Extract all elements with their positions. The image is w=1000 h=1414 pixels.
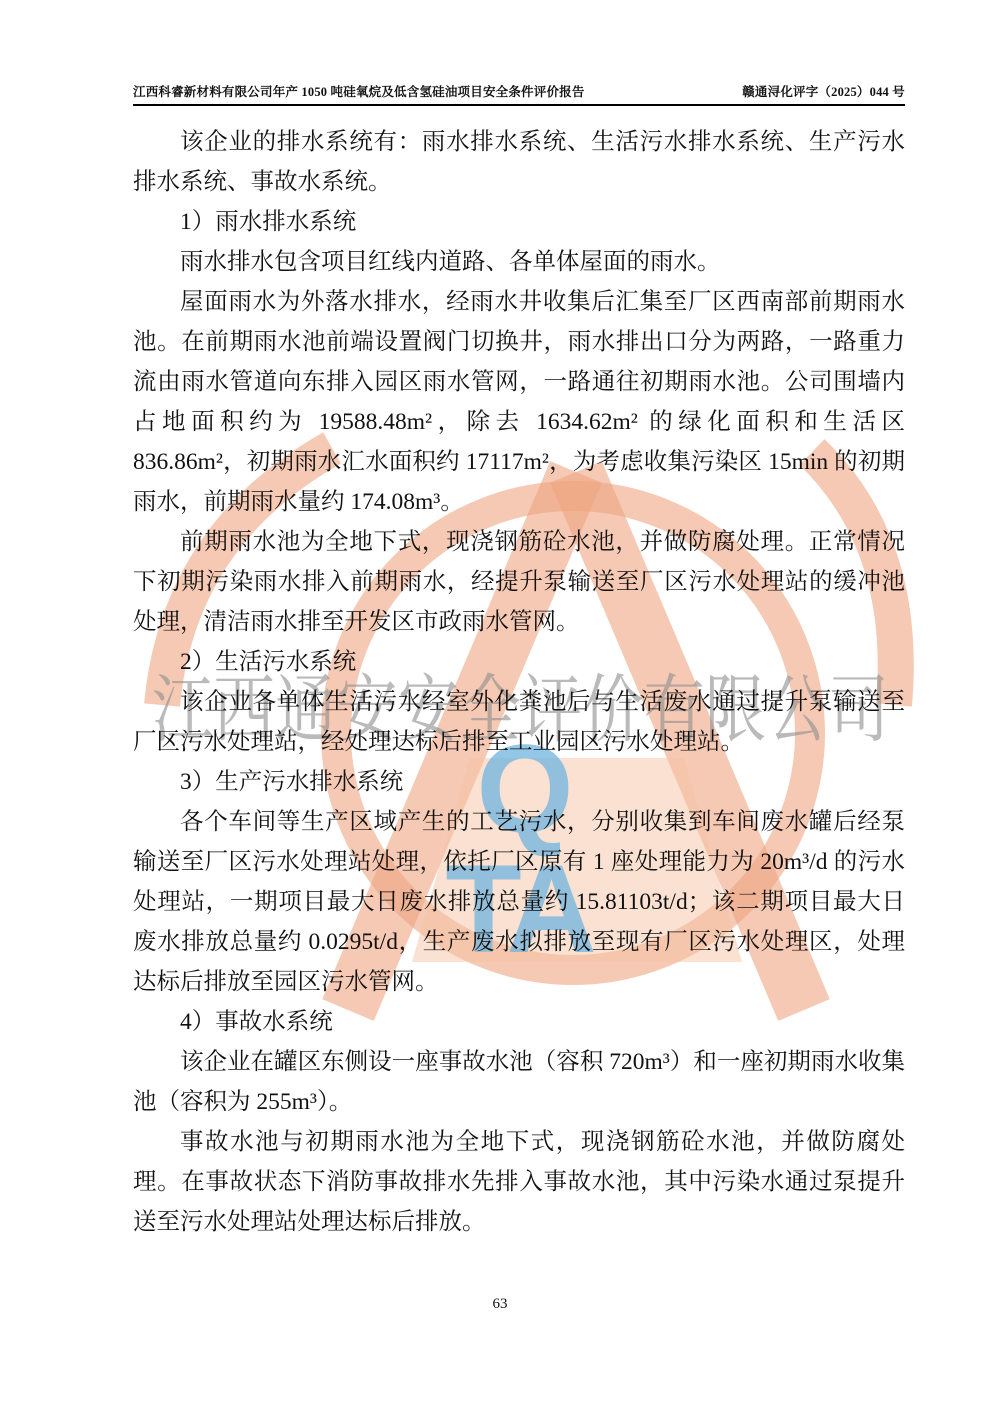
- paragraph-accident-pools: 该企业在罐区东侧设一座事故水池（容积 720m³）和一座初期雨水收集池（容积为 …: [133, 1042, 905, 1122]
- heading-rainwater-system: 1）雨水排水系统: [133, 202, 905, 242]
- header-report-title: 江西科睿新材料有限公司年产 1050 吨硅氧烷及低含氢硅油项目安全条件评价报告: [133, 82, 585, 100]
- heading-accident-water: 4）事故水系统: [133, 1002, 905, 1042]
- heading-production-sewage: 3）生产污水排水系统: [133, 762, 905, 802]
- paragraph-domestic-sewage: 该企业各单体生活污水经室外化粪池后与生活废水通过提升泵输送至厂区污水处理站，经处…: [133, 682, 905, 762]
- document-page: Q TA 江西通安安全评价有限公司 江西科睿新材料有限公司年产 1050 吨硅氧…: [0, 0, 1000, 1414]
- paragraph-roof-rainwater: 屋面雨水为外落水排水，经雨水井收集后汇集至厂区西南部前期雨水池。在前期雨水池前端…: [133, 282, 905, 522]
- header-document-number: 赣通浔化评字（2025）044 号: [742, 82, 905, 100]
- paragraph-intro: 该企业的排水系统有：雨水排水系统、生活污水排水系统、生产污水排水系统、事故水系统…: [133, 122, 905, 202]
- page-header: 江西科睿新材料有限公司年产 1050 吨硅氧烷及低含氢硅油项目安全条件评价报告 …: [133, 82, 905, 106]
- paragraph-accident-drainage: 事故水池与初期雨水池为全地下式，现浇钢筋砼水池，并做防腐处理。在事故状态下消防事…: [133, 1122, 905, 1242]
- paragraph-production-sewage: 各个车间等生产区域产生的工艺污水，分别收集到车间废水罐后经泵输送至厂区污水处理站…: [133, 802, 905, 1002]
- page-number: 63: [0, 1296, 1000, 1313]
- paragraph-early-rain-pool: 前期雨水池为全地下式，现浇钢筋砼水池，并做防腐处理。正常情况下初期污染雨水排入前…: [133, 522, 905, 642]
- heading-domestic-sewage: 2）生活污水系统: [133, 642, 905, 682]
- paragraph-rainwater-scope: 雨水排水包含项目红线内道路、各单体屋面的雨水。: [133, 242, 905, 282]
- body-text: 该企业的排水系统有：雨水排水系统、生活污水排水系统、生产污水排水系统、事故水系统…: [133, 122, 905, 1242]
